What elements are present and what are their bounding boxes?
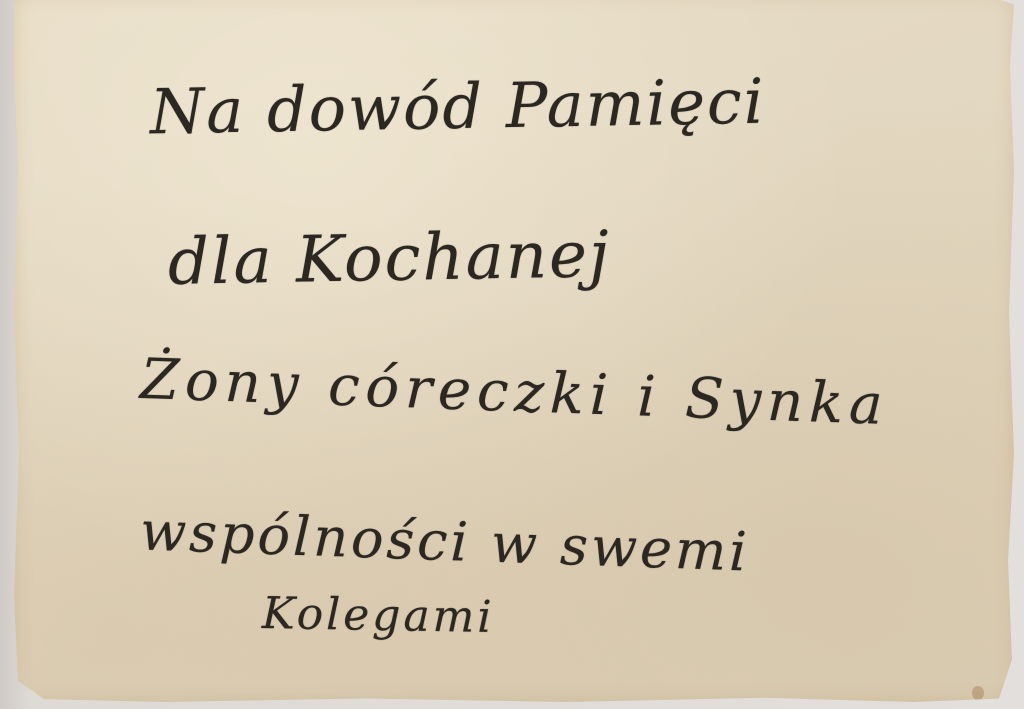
- inscription-line-4: wspólności w swemi: [139, 499, 751, 583]
- inscription-line-2: dla Kochanej: [167, 218, 611, 300]
- inscription-line-3: Żony córeczki i Synka: [139, 347, 890, 438]
- inscription-line-1: Na dowód Pamięci: [149, 65, 766, 149]
- inscription-line-5: Kolegami: [262, 588, 495, 643]
- handwritten-inscription: Na dowód Pamięci dla Kochanej Żony córec…: [0, 0, 1024, 709]
